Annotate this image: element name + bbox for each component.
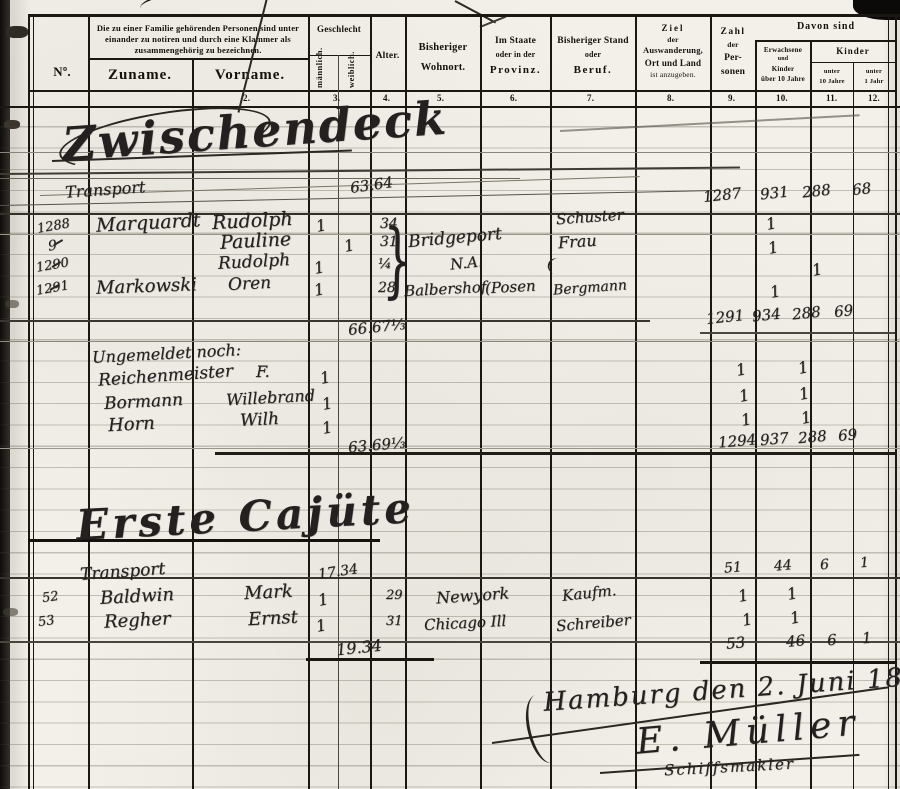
- passenger-list-scan: Die zu einer Familie gehörenden Personen…: [0, 0, 900, 789]
- entry-zuname: Marquardt: [95, 209, 200, 236]
- entry-mark-erwachsene: 1: [766, 237, 780, 258]
- subtotal-unter1: 69: [837, 425, 858, 445]
- transport-count-unter10: 6: [819, 557, 829, 574]
- entry-geschlecht-m: 1: [314, 615, 328, 636]
- edge-blot: [3, 608, 18, 616]
- col-header-alter: Alter.: [370, 50, 405, 62]
- entry-beruf: Schreiber: [555, 611, 631, 635]
- entry-vorname: Wilh: [240, 409, 280, 431]
- edge-blot: [6, 26, 28, 38]
- header-bottom-border: [0, 106, 900, 108]
- entry-mark-erwachsene: 1: [796, 357, 810, 378]
- entry-geschlecht-m: 1: [312, 279, 326, 300]
- subtotal-underline: [215, 452, 895, 455]
- entry-zuname: Horn: [107, 413, 155, 436]
- corner-blot: [853, 0, 900, 20]
- subtotal-personen: 53: [725, 633, 746, 653]
- entry-zuname: Markowski: [96, 274, 197, 299]
- entry-no: 53: [37, 613, 55, 630]
- col-header-beruf: Bisheriger Stand oder Beruf.: [552, 34, 634, 80]
- col-header-wohnort: Bisheriger Wohnort.: [407, 38, 479, 78]
- subtotal-personen: 1294: [717, 430, 757, 451]
- col-num-provinz: 6.: [510, 93, 517, 105]
- col-header-zuname: Zuname.: [90, 66, 190, 86]
- column-line: [635, 16, 637, 789]
- edge-blot: [5, 300, 19, 308]
- subtotal-erwachsene: 937: [759, 429, 789, 449]
- transport-alter-sum: 17.34: [317, 561, 359, 582]
- col-header-unter1: unter 1 Jahr: [854, 67, 894, 88]
- smudge-line: [0, 641, 900, 643]
- entry-zuname: Baldwin: [100, 584, 175, 609]
- column-line: [710, 16, 712, 789]
- entry-geschlecht-m: 1: [320, 393, 334, 414]
- entry-geschlecht-m: 1: [316, 589, 330, 610]
- transport-label: Transport: [79, 559, 166, 585]
- col-header-maennlich: männlich.: [314, 58, 324, 88]
- entry-vorname: Mark: [243, 581, 293, 605]
- entry-vorname: F.: [256, 362, 270, 381]
- transport-count-personen: 1287: [702, 184, 742, 206]
- entry-mark-personen: 1: [734, 359, 748, 380]
- col-num-erwachsene: 10.: [776, 93, 788, 105]
- entry-wohnort: Balbershof: [404, 278, 487, 300]
- left-edge-shadow: [0, 0, 10, 789]
- subtotal-personen: 1291: [705, 306, 745, 328]
- col-header-geschlecht: Geschlecht: [308, 24, 370, 36]
- entry-mark-personen: 1: [739, 409, 753, 430]
- transport-count-erwachsene: 931: [759, 183, 789, 204]
- header-line: [88, 58, 308, 60]
- entry-provinz: (Posen: [485, 277, 536, 298]
- entry-mark-personen: 1: [737, 385, 751, 406]
- smudge-line: [0, 178, 520, 179]
- transport-count-unter1: 68: [851, 179, 872, 199]
- subtotal-unter1: 1: [861, 629, 872, 648]
- col-num-vorname: 2.: [243, 93, 250, 105]
- subtotal-unter10: 288: [797, 427, 827, 447]
- edge-blot: [4, 120, 20, 129]
- table-top-border: [28, 14, 900, 17]
- col-num-unter10: 11.: [826, 93, 837, 105]
- header-line: [755, 40, 895, 42]
- transport-count-unter1: 1: [859, 555, 869, 572]
- entry-vorname: Oren: [228, 273, 272, 295]
- subtotal-erwachsene: 934: [751, 305, 781, 326]
- entry-beruf: Kaufm.: [561, 581, 617, 605]
- subtotal-alter-sum: 19.34: [335, 636, 383, 660]
- entry-zuname: Regher: [103, 608, 171, 632]
- signature-name: E. Müller: [635, 702, 862, 762]
- col-header-davon-sind: Davon sind: [757, 20, 895, 33]
- entry-alter: 28: [378, 280, 396, 296]
- entry-no: 52: [41, 589, 59, 606]
- entry-geschlecht-m: 1: [314, 215, 328, 236]
- family-instruction: Die zu einer Familie gehörenden Personen…: [94, 23, 302, 56]
- transport-label: Transport: [64, 177, 145, 202]
- column-line: [33, 16, 34, 789]
- transport-count-personen: 51: [723, 559, 742, 576]
- entry-mark-erwachsene: 1: [797, 383, 811, 404]
- entry-vorname: Willebrand: [226, 386, 316, 410]
- entry-vorname: Ernst: [247, 607, 298, 631]
- entry-wohnort: Bridgeport: [407, 224, 502, 252]
- entry-mark-erwachsene: 1: [788, 607, 802, 628]
- smudge-line: [0, 320, 650, 322]
- entry-geschlecht-m: 1: [318, 367, 332, 388]
- col-num-personen: 9.: [728, 93, 735, 105]
- entry-wohnort: Newyork: [435, 583, 509, 607]
- col-header-unter10: unter 10 Jahre: [811, 67, 853, 88]
- transport-count-erwachsene: 44: [773, 557, 792, 574]
- col-header-no: Nº.: [44, 64, 80, 81]
- smudge-line: [0, 341, 900, 342]
- entry-mark-erwachsene: 1: [764, 213, 778, 234]
- entry-geschlecht-m: 1: [320, 417, 334, 438]
- subtotal-underline: [700, 332, 895, 334]
- entry-wohnort: N.A.: [449, 252, 483, 273]
- column-line: [550, 16, 552, 789]
- col-header-ziel: Ziel der Auswanderung, Ort und Land ist …: [637, 22, 709, 80]
- entry-beruf: Frau: [557, 231, 597, 253]
- entry-geschlecht-w: 1: [342, 235, 356, 256]
- entry-mark-unter10: 1: [810, 259, 824, 280]
- entry-mark-personen: 1: [740, 609, 754, 630]
- transport-alter-sum: 63.64: [349, 173, 394, 197]
- subtotal-erwachsene: 46: [785, 631, 806, 651]
- entry-zuname: Bormann: [104, 390, 184, 414]
- header-line: [28, 90, 895, 92]
- entry-no: 9: [47, 237, 58, 254]
- section-title-zwischendeck: Zwischendeck: [61, 91, 450, 172]
- col-num-unter1: 12.: [868, 93, 880, 105]
- pen-flourish: [455, 0, 497, 23]
- entry-mark-erwachsene: 1: [785, 583, 799, 604]
- transport-count-unter10: 288: [801, 181, 831, 202]
- entry-wohnort: Chicago Ill: [424, 612, 507, 634]
- column-line: [480, 16, 482, 789]
- column-line: [28, 16, 30, 789]
- pen-flourish: [138, 0, 250, 23]
- col-header-erwachsene: Erwachsene und Kinder über 10 Jahre: [756, 45, 810, 84]
- entry-geschlecht-m: 1: [312, 257, 326, 278]
- subtotal-alter-sum: 66.67⅓: [347, 315, 406, 339]
- col-num-ziel: 8.: [667, 93, 674, 105]
- entry-zuname: Reichenmeister: [97, 361, 233, 390]
- entry-vorname: Rudolph: [218, 250, 291, 274]
- subtotal-unter10: 6: [826, 631, 837, 650]
- subtotal-unter1: 69: [833, 301, 854, 321]
- col-num-beruf: 7.: [587, 93, 594, 105]
- column-line: [192, 58, 194, 789]
- col-header-weiblich: weiblich.: [346, 58, 356, 88]
- entry-alter: 29: [386, 588, 403, 603]
- subtotal-underline: [700, 661, 897, 664]
- subtotal-unter10: 288: [791, 303, 821, 324]
- entry-alter: 31: [386, 614, 403, 629]
- entry-mark-personen: 1: [736, 585, 750, 606]
- column-line: [338, 55, 339, 789]
- entry-beruf: Bergmann: [553, 277, 628, 298]
- col-header-personen: Zahl der Per- sonen: [712, 25, 754, 79]
- col-header-provinz: Im Staate oder in der Provinz.: [482, 34, 549, 80]
- subtotal-underline: [306, 658, 434, 661]
- entry-beruf: Schuster: [555, 206, 624, 229]
- entry-mark-erwachsene: 1: [768, 281, 782, 302]
- col-header-kinder: Kinder: [812, 46, 894, 58]
